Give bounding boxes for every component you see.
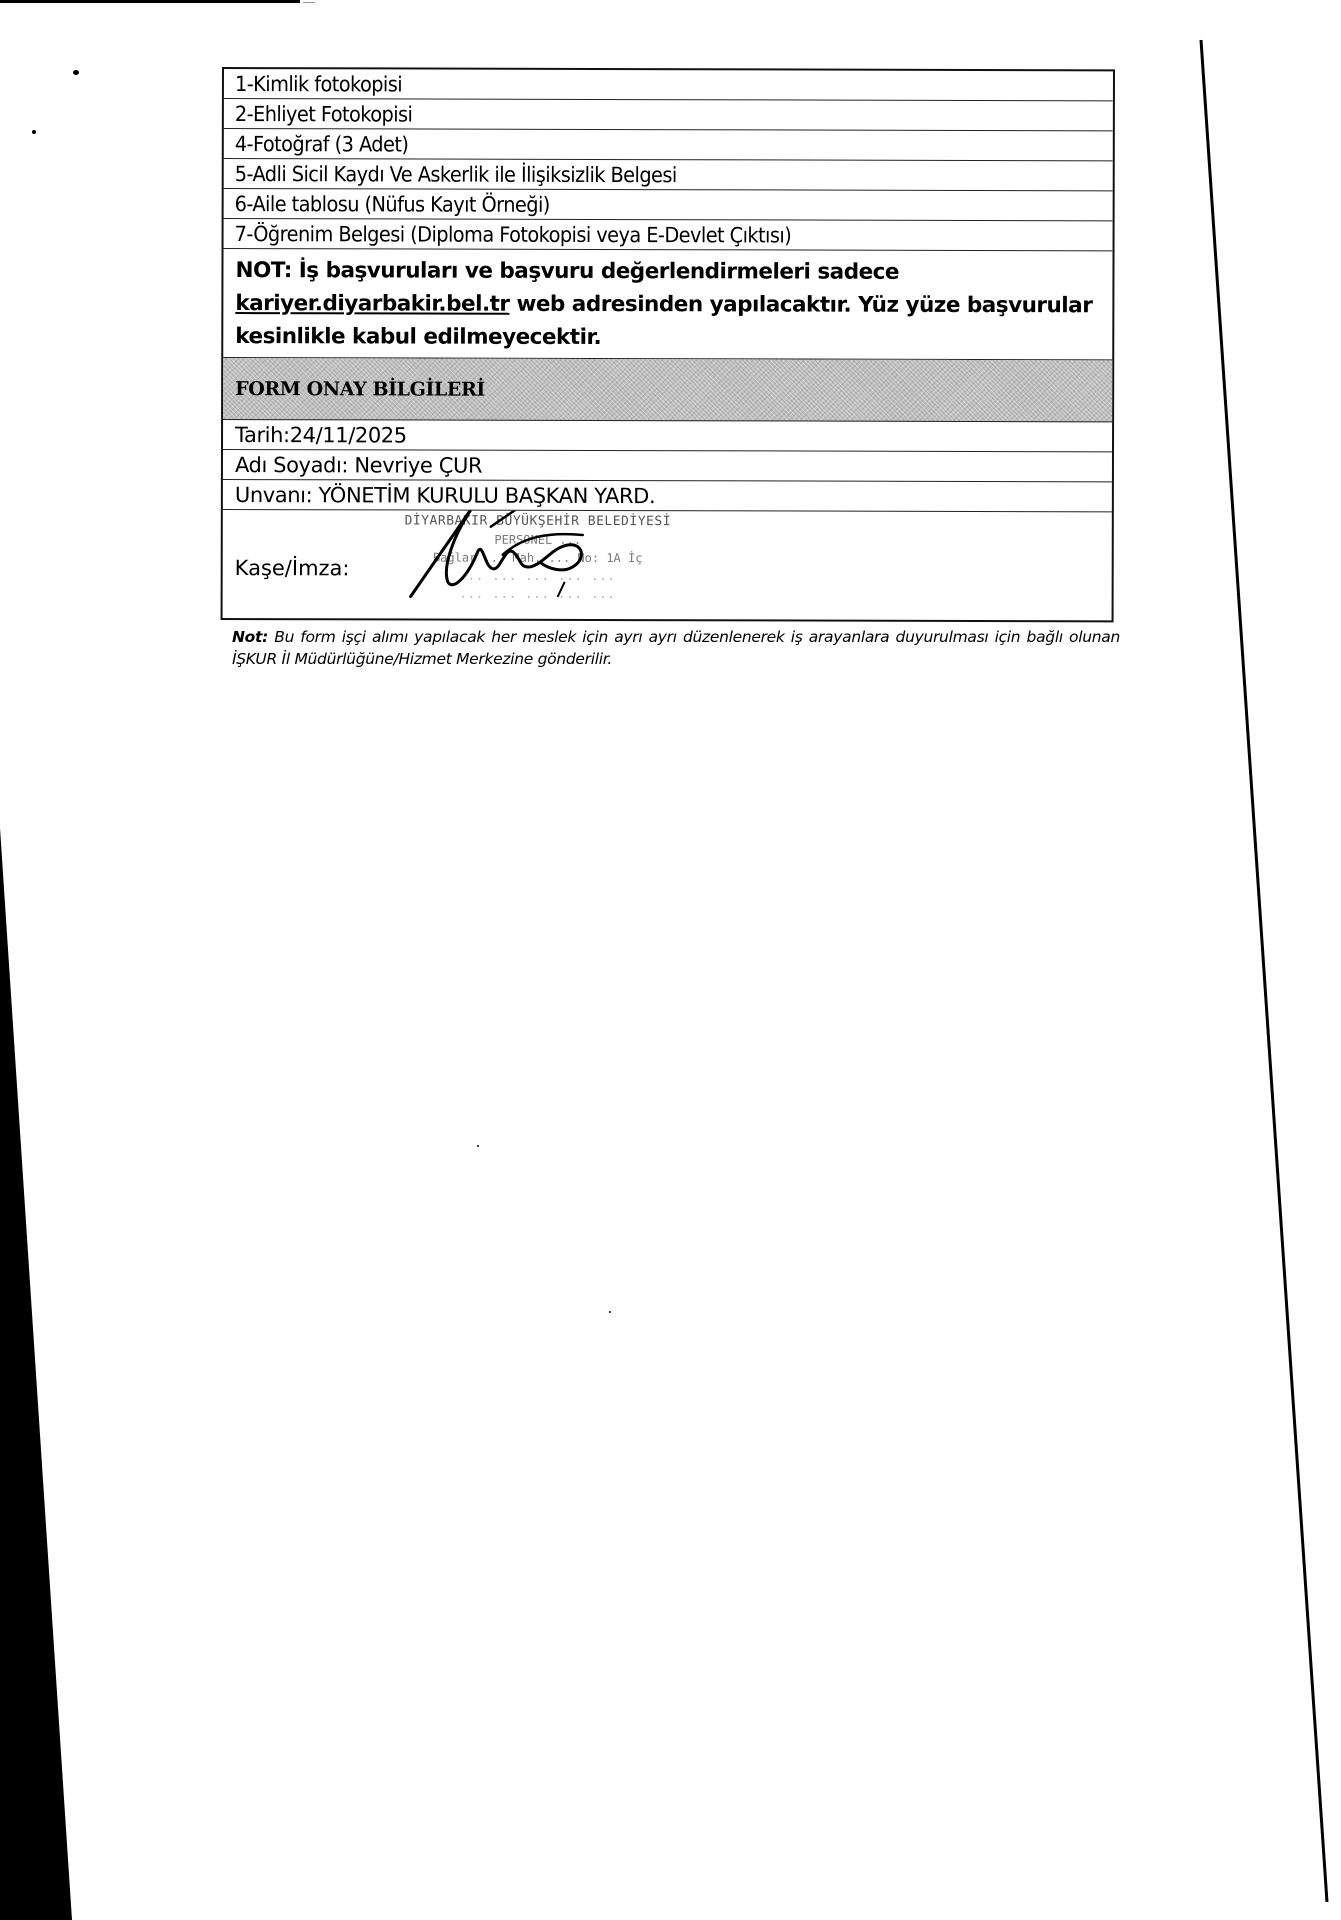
signature-row: Kaşe/İmza: DİYARBAKIR BÜYÜKŞEHİR BELEDİY… <box>223 510 1112 620</box>
approver-title: Unvanı: YÖNETİM KURULU BAŞKAN YARD. <box>223 480 1112 512</box>
approval-section-header: FORM ONAY BİLGİLERİ <box>223 358 1112 422</box>
footer-note-text: Bu form işçi alımı yapılacak her meslek … <box>232 628 1120 668</box>
footer-note-lead: Not: <box>232 628 268 646</box>
requirement-item: 4-Fotoğraf (3 Adet) <box>224 129 1113 161</box>
requirements-form-table: 1-Kimlik fotokopisi 2-Ehliyet Fotokopisi… <box>221 67 1115 622</box>
handwritten-signature <box>373 510 633 617</box>
scan-speck <box>609 1311 611 1313</box>
application-note: NOT: İş başvuruları ve başvuru değerlend… <box>223 249 1112 360</box>
footer-note: Not: Bu form işçi alımı yapılacak her me… <box>232 626 1120 670</box>
approver-name: Adı Soyadı: Nevriye ÇUR <box>223 450 1112 482</box>
scan-speck <box>477 1145 479 1147</box>
requirement-item: 5-Adli Sicil Kaydı Ve Askerlik ile İlişi… <box>224 159 1113 191</box>
note-prefix: NOT: İş başvuruları ve başvuru değerlend… <box>235 258 899 285</box>
scan-shadow-left <box>0 0 80 1920</box>
requirement-item: 6-Aile tablosu (Nüfus Kayıt Örneği) <box>224 189 1113 221</box>
requirement-item: 7-Öğrenim Belgesi (Diploma Fotokopisi ve… <box>224 219 1113 251</box>
requirement-item: 2-Ehliyet Fotokopisi <box>224 99 1113 131</box>
scan-edge-top-tail <box>303 2 315 3</box>
signature-label: Kaşe/İmza: <box>235 554 350 582</box>
career-site-link[interactable]: kariyer.diyarbakir.bel.tr <box>235 291 509 317</box>
requirement-item: 1-Kimlik fotokopisi <box>224 69 1113 101</box>
approval-date: Tarih:24/11/2025 <box>223 420 1112 452</box>
